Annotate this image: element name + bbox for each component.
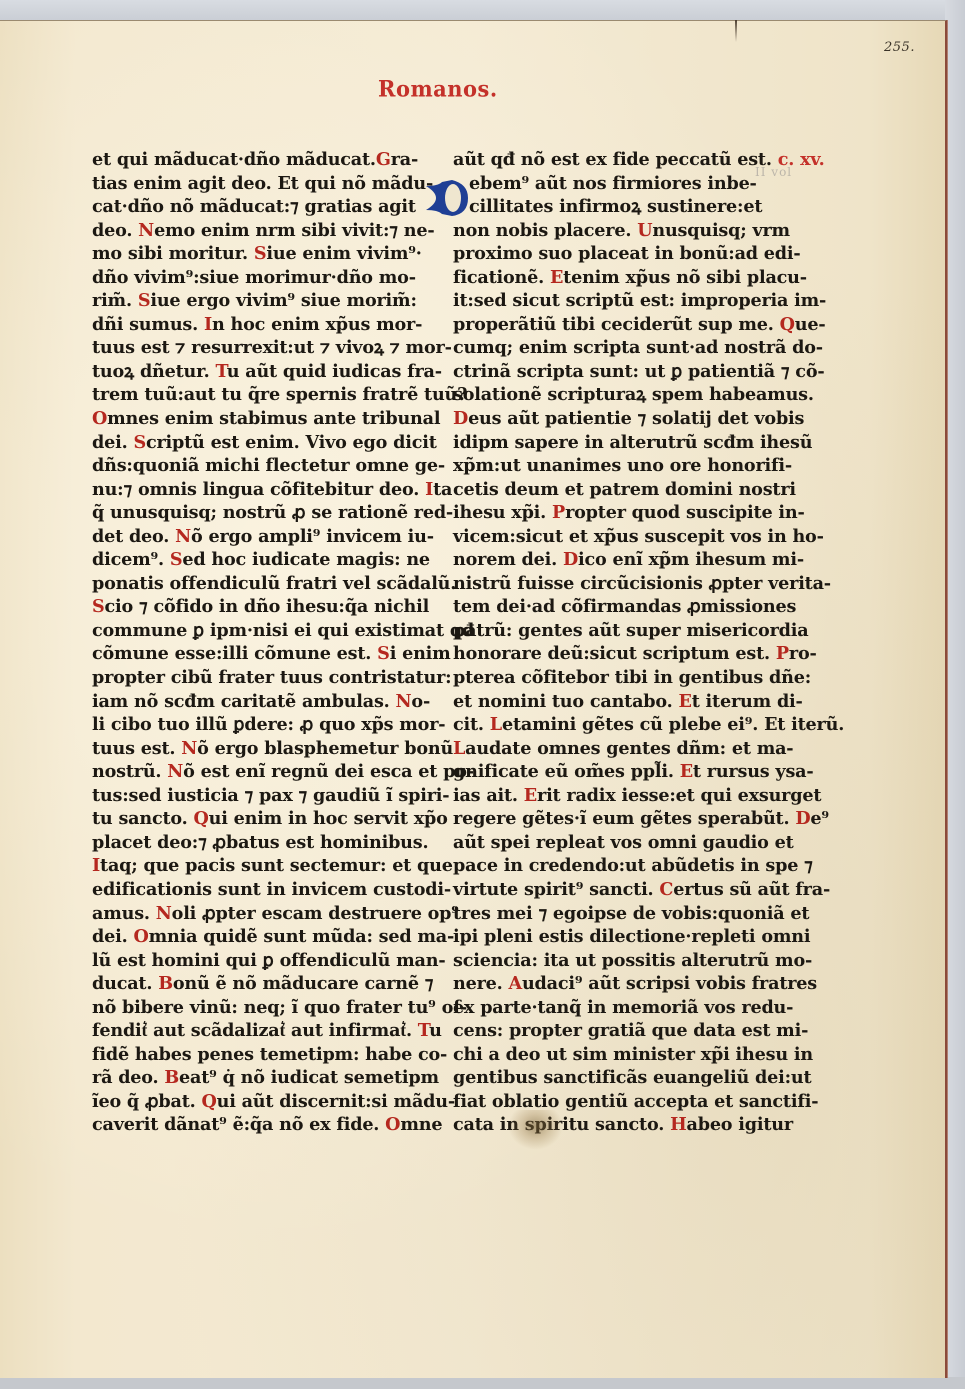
line-text: nostrũ. — [92, 761, 167, 782]
line-text: it:sed sicut scriptũ est: improperia im- — [453, 290, 826, 311]
rubricated-capital: B — [158, 973, 173, 994]
text-line: regere gẽtes·ĩ eum gẽtes sperabũt. De⁹ — [453, 807, 741, 831]
line-text: dei. — [92, 926, 133, 947]
line-text: cio ⁊ cõfido in dño ihesu:q̃a nichil — [105, 596, 430, 617]
text-line: patrũ: gentes aũt super misericordia — [453, 619, 741, 643]
line-text: i enim — [390, 643, 451, 664]
line-text: nõ bibere vinũ: neq; ĩ quo frater tu⁹ of… — [92, 997, 467, 1018]
line-text: ctrinã scripta sunt: ut ꝑ patientiã ⁊ cõ… — [453, 361, 824, 382]
scan-backdrop-right — [945, 0, 965, 1389]
right-text-column: aũt qđ nõ est ex fide peccatũ est. c. xv… — [453, 148, 741, 1137]
rubricated-capital: Q — [780, 314, 795, 335]
text-line: nistrũ fuisse circũcisionis ꝓpter verita… — [453, 572, 741, 596]
rubricated-capital: Q — [201, 1091, 216, 1112]
text-line: solationẽ scripturaꝝ spem habeamus. — [453, 383, 741, 407]
line-text: pterea cõfitebor tibi in gentibus dñe: — [453, 667, 811, 688]
line-text: dñi sumus. — [92, 314, 204, 335]
text-line: ctrinã scripta sunt: ut ꝑ patientiã ⁊ cõ… — [453, 360, 741, 384]
text-line: gnificate eũ om̃es ppl̃i. Et rursus ysa- — [453, 760, 741, 784]
text-line: ias ait. Erit radix iesse:et qui exsurge… — [453, 784, 741, 808]
rubricated-capital: D — [795, 808, 810, 829]
rubricated-capital: C — [659, 879, 673, 900]
line-text: iue enim vivim⁹· — [266, 243, 421, 264]
text-line: nostrũ. Nõ est enĩ regnũ dei esca et po- — [92, 760, 398, 784]
line-text: ico enĩ xp̃m ihesum mi- — [578, 549, 804, 570]
line-text: trem tuũ:aut tu q̃re spernis fratrẽ tuũ? — [92, 384, 467, 405]
line-text: nere. — [453, 973, 509, 994]
line-text: xp̃m:ut unanimes uno ore honorifi- — [453, 455, 792, 476]
line-text: aũt qđ nõ est ex fide peccatũ est. — [453, 149, 778, 170]
line-text: dño vivim⁹:siue morimur·dño mo- — [92, 267, 416, 288]
line-text: vicem:sicut et xp̃us suscepit vos in ho- — [453, 526, 824, 547]
line-text: criptũ est enim. Vivo ego dicit — [146, 432, 437, 453]
text-line: dñs:quoniã michi flectetur omne ge- — [92, 454, 398, 478]
line-text: ĩeo q̃ ꝓbat. — [92, 1091, 201, 1112]
text-line: tuus est. Nõ ergo blasphemetur bonũ — [92, 737, 398, 761]
line-text: cillitates infirmoꝝ sustinere:et — [469, 196, 762, 217]
text-line: mo sibi moritur. Siue enim vivim⁹· — [92, 242, 398, 266]
rubricated-capital: D — [563, 549, 578, 570]
text-line: amus. Noli ꝓpter escam destruere op⁹ — [92, 902, 398, 926]
text-line: Laudate omnes gentes dñm: et ma- — [453, 737, 741, 761]
text-line: commune ꝑ ipm·nisi ei qui existimat qđ — [92, 619, 398, 643]
line-text: ui enim in hoc servit xp̃o — [209, 808, 448, 829]
text-line: it:sed sicut scriptũ est: improperia im- — [453, 289, 741, 313]
line-text: tus:sed iusticia ⁊ pax ⁊ gaudiũ ĩ spiri- — [92, 785, 449, 806]
text-line: properãtiũ tibi ceciderũt sup me. Que- — [453, 313, 741, 337]
text-line: deo. Nemo enim nrm sibi vivit:⁊ ne- — [92, 219, 398, 243]
text-line: virtute spirit⁹ sancti. Certus sũ aũt fr… — [453, 878, 741, 902]
line-text: regere gẽtes·ĩ eum gẽtes sperabũt. — [453, 808, 795, 829]
line-text: ropter quod suscipite in- — [565, 502, 804, 523]
line-text: ue- — [795, 314, 826, 335]
line-text: amus. — [92, 903, 156, 924]
text-line: cõmune esse:illi cõmune est. Si enim — [92, 642, 398, 666]
line-text: ducat. — [92, 973, 158, 994]
line-text: virtute spirit⁹ sancti. — [453, 879, 659, 900]
text-line: dño vivim⁹:siue morimur·dño mo- — [92, 266, 398, 290]
line-text: tuus est ⁊ resurrexit:ut ⁊ vivoꝝ ⁊ mor- — [92, 337, 452, 358]
foxing-stain — [508, 1110, 563, 1150]
line-text: deo. — [92, 220, 138, 241]
line-text: t rursus ysa- — [693, 761, 814, 782]
line-text: dei. — [92, 432, 133, 453]
text-line: cat·dño nõ mãducat:⁊ gratias agit — [92, 195, 398, 219]
text-line: ipi pleni estis dilectione·repleti omni — [453, 925, 741, 949]
line-text: o- — [411, 691, 430, 712]
text-line: ponatis offendiculũ fratri vel scãdalũ. — [92, 572, 398, 596]
line-text: idipm sapere in alterutrũ scđm ihesũ — [453, 432, 812, 453]
rubricated-capital: S — [254, 243, 267, 264]
text-line: edificationis sunt in invicem custodi- — [92, 878, 398, 902]
text-line: cens: propter gratiã que data est mi- — [453, 1019, 741, 1043]
line-text: cõmune esse:illi cõmune est. — [92, 643, 377, 664]
line-text: norem dei. — [453, 549, 563, 570]
text-line: et qui mãducat·dño mãducat.Gra- — [92, 148, 398, 172]
line-text: nusquisq; vrm — [652, 220, 790, 241]
rubricated-capital: I — [204, 314, 212, 335]
rubricated-capital: E — [678, 691, 691, 712]
line-text: dicem⁹. — [92, 549, 170, 570]
text-line: aũt qđ nõ est ex fide peccatũ est. c. xv… — [453, 148, 741, 172]
rubricated-capital: L — [490, 714, 502, 735]
rubricated-capital: D — [453, 408, 468, 429]
rubricated-capital: P — [552, 502, 565, 523]
line-text: ra- — [391, 149, 418, 170]
text-line: cata in spiritu sancto. Habeo igitur — [453, 1113, 741, 1137]
line-text: t iterum di- — [692, 691, 803, 712]
line-text: ipi pleni estis dilectione·repleti omni — [453, 926, 810, 947]
text-line: tuus est ⁊ resurrexit:ut ⁊ vivoꝝ ⁊ mor- — [92, 336, 398, 360]
line-text: ponatis offendiculũ fratri vel scãdalũ. — [92, 573, 456, 594]
line-text: honorare deũ:sicut scriptum est. — [453, 643, 776, 664]
line-text: gnificate eũ om̃es ppl̃i. — [453, 761, 680, 782]
line-text: cumq; enim scripta sunt·ad nostrã do- — [453, 337, 823, 358]
rubricated-capital: B — [164, 1067, 179, 1088]
text-line: Deus aũt patientie ⁊ solatij det vobis — [453, 407, 741, 431]
rubricated-capital: O — [92, 408, 107, 429]
line-text: ta — [433, 479, 452, 500]
text-line: dei. Scriptũ est enim. Vivo ego dicit — [92, 431, 398, 455]
text-line: tus:sed iusticia ⁊ pax ⁊ gaudiũ ĩ spiri- — [92, 784, 398, 808]
line-text: mne — [400, 1114, 442, 1135]
line-text: caverit dãnat⁹ ẽ:q̃a nõ ex fide. — [92, 1114, 385, 1135]
text-line: ficationẽ. Etenim xp̃us nõ sibi placu- — [453, 266, 741, 290]
line-text: iam nõ scđm caritatẽ ambulas. — [92, 691, 396, 712]
line-text: sciencia: ita ut possitis alterutrũ mo- — [453, 950, 812, 971]
line-text: rim̃. — [92, 290, 138, 311]
blue-initial-d-icon — [424, 174, 470, 220]
rubricated-capital: N — [138, 220, 154, 241]
line-text: tem dei·ad cõfirmandas ꝓmissiones — [453, 596, 796, 617]
rubricated-capital: S — [133, 432, 146, 453]
line-text: emo enim nrm sibi vivit:⁊ ne- — [154, 220, 434, 241]
text-line: et nomini tuo cantabo. Et iterum di- — [453, 690, 741, 714]
line-text: tres mei ⁊ egoipse de vobis:quoniã et — [453, 903, 809, 924]
line-text: ihesu xp̃i. — [453, 502, 552, 523]
text-line: cetis deum et patrem domini nostri — [453, 478, 741, 502]
text-line: iam nõ scđm caritatẽ ambulas. No- — [92, 690, 398, 714]
text-line: fiat oblatio gentiũ accepta et sanctifi- — [453, 1090, 741, 1114]
rubricated-capital: N — [181, 738, 197, 759]
rubricated-capital: A — [509, 973, 522, 994]
rubricated-capital: O — [385, 1114, 400, 1135]
line-text: õ est enĩ regnũ dei esca et po- — [183, 761, 474, 782]
text-line: rã deo. Beat⁹ q̇ nõ iudicat semetipm — [92, 1066, 398, 1090]
line-text: propter cibũ frater tuus contristatur: — [92, 667, 451, 688]
line-text: tuus est. — [92, 738, 181, 759]
text-line: norem dei. Dico enĩ xp̃m ihesum mi- — [453, 548, 741, 572]
text-line: tres mei ⁊ egoipse de vobis:quoniã et — [453, 902, 741, 926]
text-line: caverit dãnat⁹ ẽ:q̃a nõ ex fide. Omne — [92, 1113, 398, 1137]
line-text: õ ergo blasphemetur bonũ — [197, 738, 453, 759]
text-line: non nobis placere. Unusquisq; vrm — [453, 219, 741, 243]
line-text: ebem⁹ aũt nos firmiores inbe- — [469, 173, 757, 194]
line-text: fiat oblatio gentiũ accepta et sanctifi- — [453, 1091, 818, 1112]
scan-backdrop-top — [0, 0, 965, 22]
text-line: cit. Letamini gẽtes cũ plebe ei⁹. Et ite… — [453, 713, 741, 737]
line-text: mnia quidẽ sunt mũda: sed ma- — [149, 926, 455, 947]
rubricated-capital: O — [133, 926, 148, 947]
rubricated-capital: T — [418, 1020, 429, 1041]
chapter-mark: c. xv. — [778, 149, 825, 170]
line-text: tias enim agit deo. Et qui nõ mãdu- — [92, 173, 433, 194]
line-text: n hoc enim xp̃us mor- — [212, 314, 422, 335]
line-text: cetis deum et patrem domini nostri — [453, 479, 796, 500]
rubricated-capital: N — [167, 761, 183, 782]
line-text: ias ait. — [453, 785, 524, 806]
line-text: cat·dño nõ mãducat:⁊ gratias agit — [92, 196, 416, 217]
line-text: chi a deo ut sim minister xp̃i ihesu in — [453, 1044, 813, 1065]
page-scratch-mark — [735, 20, 737, 42]
text-line: trem tuũ:aut tu q̃re spernis fratrẽ tuũ? — [92, 383, 398, 407]
text-line: cumq; enim scripta sunt·ad nostrã do- — [453, 336, 741, 360]
rubricated-capital: S — [377, 643, 390, 664]
line-text: ui aũt discernit:si mãdu- — [217, 1091, 455, 1112]
line-text: tuoꝝ dñetur. — [92, 361, 215, 382]
line-text: mo sibi moritur. — [92, 243, 254, 264]
line-text: ro- — [789, 643, 817, 664]
rubricated-capital: G — [376, 149, 391, 170]
line-text: cit. — [453, 714, 490, 735]
text-line: dñi sumus. In hoc enim xp̃us mor- — [92, 313, 398, 337]
rubricated-capital: H — [670, 1114, 686, 1135]
text-line: nu:⁊ omnis lingua cõfitebitur deo. Ita — [92, 478, 398, 502]
line-text: et nomini tuo cantabo. — [453, 691, 678, 712]
line-text: mnes enim stabimus ante tribunal — [107, 408, 440, 429]
line-text: nu:⁊ omnis lingua cõfitebitur deo. — [92, 479, 425, 500]
line-text: ertus sũ aũt fra- — [673, 879, 830, 900]
line-text: audate omnes gentes dñm: et ma- — [465, 738, 793, 759]
text-line: fidẽ habes penes temetipm: habe co- — [92, 1043, 398, 1067]
text-line: aũt spei repleat vos omni gaudio et — [453, 831, 741, 855]
text-line: pterea cõfitebor tibi in gentibus dñe: — [453, 666, 741, 690]
line-text: proximo suo placeat in bonũ:ad edi- — [453, 243, 800, 264]
rubricated-capital: P — [776, 643, 789, 664]
line-text: taq; que pacis sunt sectemur: et que — [100, 855, 453, 876]
text-line: placet deo:⁊ ꝓbatus est hominibus. — [92, 831, 398, 855]
text-line: det deo. Nõ ergo ampli⁹ invicem iu- — [92, 525, 398, 549]
line-text: tu sancto. — [92, 808, 193, 829]
text-line: rim̃. Siue ergo vivim⁹ siue morim̃: — [92, 289, 398, 313]
line-text: ed hoc iudicate magis: ne — [182, 549, 430, 570]
text-line: q̃ unusquisq; nostrũ ꝓ se rationẽ red- — [92, 501, 398, 525]
line-text: eus aũt patientie ⁊ solatij det vobis — [468, 408, 804, 429]
line-text: abeo igitur — [687, 1114, 793, 1135]
left-text-column: et qui mãducat·dño mãducat.Gra-tias enim… — [92, 148, 398, 1137]
line-text: onũ ẽ nõ mãducare carnẽ ⁊ — [173, 973, 433, 994]
line-text: dñs:quoniã michi flectetur omne ge- — [92, 455, 445, 476]
text-line: lũ est homini qui ꝑ offendiculũ man- — [92, 949, 398, 973]
text-line: propter cibũ frater tuus contristatur: — [92, 666, 398, 690]
text-line: Itaq; que pacis sunt sectemur: et que — [92, 854, 398, 878]
text-line: tu sancto. Qui enim in hoc servit xp̃o — [92, 807, 398, 831]
line-text: det deo. — [92, 526, 175, 547]
text-line: vicem:sicut et xp̃us suscepit vos in ho- — [453, 525, 741, 549]
line-text: udaci⁹ aũt scripsi vobis fratres — [522, 973, 817, 994]
text-line: chi a deo ut sim minister xp̃i ihesu in — [453, 1043, 741, 1067]
text-line: pace in credendo:ut abũdetis in spe ⁊ — [453, 854, 741, 878]
text-line: dei. Omnia quidẽ sunt mũda: sed ma- — [92, 925, 398, 949]
line-text: gentibus sanctificãs euangeliũ dei:ut — [453, 1067, 811, 1088]
line-text: et qui mãducat·dño mãducat. — [92, 149, 376, 170]
line-text: li cibo tuo illũ ꝑdere: ꝓ quo xp̃s mor- — [92, 714, 445, 735]
line-text: q̃ unusquisq; nostrũ ꝓ se rationẽ red- — [92, 502, 453, 523]
rubricated-capital: E — [680, 761, 693, 782]
running-head: Romanos. — [378, 75, 498, 101]
line-text: rit radix iesse:et qui exsurget — [537, 785, 821, 806]
rubricated-capital: I — [92, 855, 100, 876]
text-line: ĩeo q̃ ꝓbat. Qui aũt discernit:si mãdu- — [92, 1090, 398, 1114]
rubricated-capital: N — [156, 903, 172, 924]
text-line: idipm sapere in alterutrũ scđm ihesũ — [453, 431, 741, 455]
line-text: nistrũ fuisse circũcisionis ꝓpter verita… — [453, 573, 831, 594]
text-line: fendit͛ aut scãdalizat͛ aut infirmat͛. T… — [92, 1019, 398, 1043]
scan-backdrop-bottom — [0, 1377, 965, 1389]
text-line: tuoꝝ dñetur. Tu aũt quid iudicas fra- — [92, 360, 398, 384]
line-text: fidẽ habes penes temetipm: habe co- — [92, 1044, 447, 1065]
text-line: nere. Audaci⁹ aũt scripsi vobis fratres — [453, 972, 741, 996]
text-line: ebem⁹ aũt nos firmiores inbe- — [453, 172, 741, 196]
line-text: u — [429, 1020, 442, 1041]
text-line: dicem⁹. Sed hoc iudicate magis: ne — [92, 548, 398, 572]
text-line: xp̃m:ut unanimes uno ore honorifi- — [453, 454, 741, 478]
text-line: cillitates infirmoꝝ sustinere:et — [453, 195, 741, 219]
rubricated-capital: S — [92, 596, 105, 617]
line-text: aũt spei repleat vos omni gaudio et — [453, 832, 794, 853]
rubricated-capital: E — [550, 267, 563, 288]
text-line: ihesu xp̃i. Propter quod suscipite in- — [453, 501, 741, 525]
line-text: e⁹ — [810, 808, 829, 829]
rubricated-capital: L — [453, 738, 465, 759]
text-line: tias enim agit deo. Et qui nõ mãdu- — [92, 172, 398, 196]
line-text: tenim xp̃us nõ sibi placu- — [563, 267, 807, 288]
text-line: Omnes enim stabimus ante tribunal — [92, 407, 398, 431]
line-text: eat⁹ q̇ nõ iudicat semetipm — [179, 1067, 439, 1088]
rubricated-capital: I — [425, 479, 433, 500]
line-text: properãtiũ tibi ceciderũt sup me. — [453, 314, 780, 335]
rubricated-capital: S — [170, 549, 183, 570]
line-text: etamini gẽtes cũ plebe ei⁹. Et iterũ. — [502, 714, 844, 735]
line-text: ex parte·tanq̃ in memoriã vos redu- — [453, 997, 793, 1018]
line-text: pace in credendo:ut abũdetis in spe ⁊ — [453, 855, 813, 876]
text-line: ducat. Bonũ ẽ nõ mãducare carnẽ ⁊ — [92, 972, 398, 996]
text-line: tem dei·ad cõfirmandas ꝓmissiones — [453, 595, 741, 619]
line-text: cens: propter gratiã que data est mi- — [453, 1020, 808, 1041]
line-text: edificationis sunt in invicem custodi- — [92, 879, 451, 900]
line-text: placet deo:⁊ ꝓbatus est hominibus. — [92, 832, 428, 853]
text-line: nõ bibere vinũ: neq; ĩ quo frater tu⁹ of… — [92, 996, 398, 1020]
text-line: gentibus sanctificãs euangeliũ dei:ut — [453, 1066, 741, 1090]
text-line: Scio ⁊ cõfido in dño ihesu:q̃a nichil — [92, 595, 398, 619]
text-line: proximo suo placeat in bonũ:ad edi- — [453, 242, 741, 266]
rubricated-capital: S — [138, 290, 151, 311]
rubricated-capital: N — [175, 526, 191, 547]
rubricated-capital: N — [396, 691, 412, 712]
line-text: commune ꝑ ipm·nisi ei qui existimat qđ — [92, 620, 474, 641]
line-text: lũ est homini qui ꝑ offendiculũ man- — [92, 950, 445, 971]
line-text: oli ꝓpter escam destruere op⁹ — [172, 903, 459, 924]
text-line: honorare deũ:sicut scriptum est. Pro- — [453, 642, 741, 666]
rubricated-capital: U — [637, 220, 652, 241]
line-text: rã deo. — [92, 1067, 164, 1088]
rubricated-capital: T — [215, 361, 226, 382]
rubricated-capital: Q — [193, 808, 208, 829]
line-text: non nobis placere. — [453, 220, 637, 241]
folio-number: 255. — [884, 40, 915, 55]
line-text: õ ergo ampli⁹ invicem iu- — [191, 526, 434, 547]
rubricated-capital: E — [524, 785, 537, 806]
line-text: fendit͛ aut scãdalizat͛ aut infirmat͛. — [92, 1020, 418, 1041]
line-text: iue ergo vivim⁹ siue morim̃: — [150, 290, 416, 311]
text-line: ex parte·tanq̃ in memoriã vos redu- — [453, 996, 741, 1020]
line-text: solationẽ scripturaꝝ spem habeamus. — [453, 384, 814, 405]
line-text: ficationẽ. — [453, 267, 550, 288]
line-text: patrũ: gentes aũt super misericordia — [453, 620, 808, 641]
text-line: li cibo tuo illũ ꝑdere: ꝓ quo xp̃s mor- — [92, 713, 398, 737]
text-line: sciencia: ita ut possitis alterutrũ mo- — [453, 949, 741, 973]
line-text: u aũt quid iudicas fra- — [227, 361, 442, 382]
